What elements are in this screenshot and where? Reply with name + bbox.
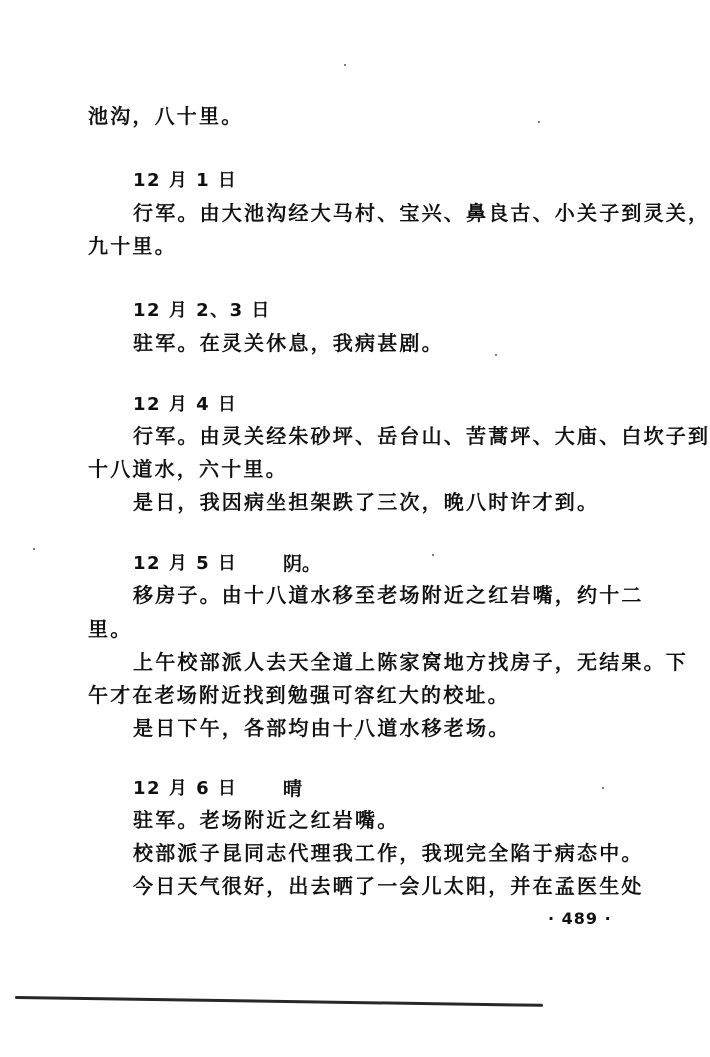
- paragraph-line: 九十里。: [88, 234, 628, 258]
- paragraph-line: 里。: [88, 617, 628, 641]
- paragraph-line: 行军。由灵关经朱砂坪、岳台山、苦蒿坪、大庙、白坎子到: [133, 424, 673, 448]
- page-number: · 489 ·: [548, 909, 612, 928]
- scan-speck: [495, 354, 497, 356]
- paragraph-line: 午才在老场附近找到勉强可容红大的校址。: [88, 683, 628, 707]
- paragraph-line: 驻军。在灵关休息，我病甚剧。: [133, 331, 673, 355]
- entry-date: 12 月 4 日: [133, 394, 237, 416]
- paragraph-line: 校部派子昆同志代理我工作，我现完全陷于病态中。: [133, 841, 673, 865]
- paragraph-line: 移房子。由十八道水移至老场附近之红岩嘴，约十二: [133, 583, 673, 607]
- paragraph-line: 十八道水，六十里。: [88, 457, 628, 481]
- paragraph-line: 驻军。老场附近之红岩嘴。: [133, 808, 673, 832]
- scan-speck: [602, 787, 604, 789]
- continuation-line: 池沟，八十里。: [88, 104, 628, 128]
- paragraph-line: 行军。由大池沟经大马村、宝兴、鼻良古、小关子到灵关，: [133, 201, 673, 225]
- entry-date: 12 月 5 日: [133, 553, 237, 575]
- entry-date: 12 月 2、3 日: [133, 300, 271, 322]
- scan-speck: [354, 738, 356, 740]
- scan-speck: [538, 121, 540, 123]
- entry-weather: 阴。: [283, 553, 321, 575]
- scan-edge-line: [15, 996, 543, 1007]
- document-page: 池沟，八十里。 12 月 1 日 行军。由大池沟经大马村、宝兴、鼻良古、小关子到…: [0, 0, 710, 1057]
- paragraph-line: 是日下午，各部均由十八道水移老场。: [133, 716, 673, 740]
- entry-date: 12 月 1 日: [133, 170, 237, 192]
- entry-weather: 晴: [283, 778, 302, 800]
- paragraph-line: 是日，我因病坐担架跌了三次，晚八时许才到。: [133, 490, 673, 514]
- scan-speck: [33, 548, 35, 550]
- paragraph-line: 上午校部派人去天全道上陈家窝地方找房子，无结果。下: [133, 650, 673, 674]
- paragraph-line: 今日天气很好，出去晒了一会儿太阳，并在孟医生处: [133, 874, 673, 898]
- entry-date: 12 月 6 日: [133, 778, 237, 800]
- scan-speck: [432, 554, 434, 556]
- scan-speck: [344, 64, 346, 66]
